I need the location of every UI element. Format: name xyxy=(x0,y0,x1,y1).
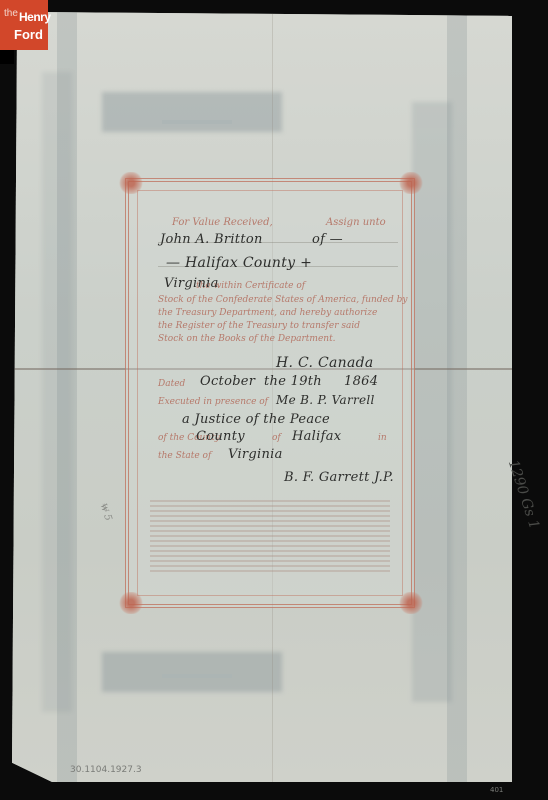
printed-executed: Executed in presence of xyxy=(158,397,268,407)
page-number-pencil: 401 xyxy=(490,786,503,794)
hand-signature: H. C. Canada xyxy=(276,355,374,371)
hand-assignee: John A. Britton xyxy=(160,232,263,247)
printed-body-2: Stock of the Confederate States of Ameri… xyxy=(158,295,407,305)
hand-date-day: the 19th xyxy=(264,374,322,389)
hand-date-year: 1864 xyxy=(344,374,378,389)
printed-body-5: Stock on the Books of the Department. xyxy=(158,334,336,344)
hand-of: of — xyxy=(312,232,343,247)
hand-justice-signature: B. F. Garrett J.P. xyxy=(284,470,394,485)
logo-henry: Henry xyxy=(19,11,51,23)
printed-of: of xyxy=(272,433,281,443)
hand-county-name-label: County xyxy=(196,429,245,444)
printed-dated: Dated xyxy=(158,379,185,389)
logo-ford: Ford xyxy=(14,28,43,41)
corner-ornament-tl xyxy=(118,172,144,194)
corner-ornament-bl xyxy=(118,592,144,614)
printed-assign-unto: Assign unto xyxy=(326,217,386,228)
hand-state-name: Virginia xyxy=(228,447,283,462)
faint-bleed-top xyxy=(102,92,282,132)
hand-witness-title: a Justice of the Peace xyxy=(182,412,330,427)
hand-witness: Me B. P. Varrell xyxy=(276,393,375,407)
printed-state-of: the State of xyxy=(158,451,211,461)
henry-ford-logo: the Henry Ford xyxy=(0,0,48,50)
faint-label-bottom xyxy=(162,674,232,678)
printed-body-4: the Register of the Treasury to transfer… xyxy=(158,321,360,331)
faint-bleed-left xyxy=(42,72,72,712)
printed-body-3: the Treasury Department, and hereby auth… xyxy=(158,308,377,318)
logo-the: the xyxy=(4,9,18,19)
hand-county-name: Halifax xyxy=(292,429,341,444)
hand-county: — Halifax County + xyxy=(166,255,312,271)
printed-in: in xyxy=(378,433,387,443)
faint-bleed-bottom xyxy=(102,652,282,692)
corner-ornament-tr xyxy=(398,172,424,194)
corner-ornament-br xyxy=(398,592,424,614)
fine-print-block xyxy=(150,500,390,572)
logo-shadow xyxy=(0,50,14,64)
faint-label-top xyxy=(162,120,232,124)
hand-state: Virginia xyxy=(164,276,219,291)
accession-number: 30.1104.1927.3 xyxy=(70,765,142,775)
hand-date-month: October xyxy=(200,374,255,389)
printed-for-value: For Value Received, xyxy=(172,217,273,228)
